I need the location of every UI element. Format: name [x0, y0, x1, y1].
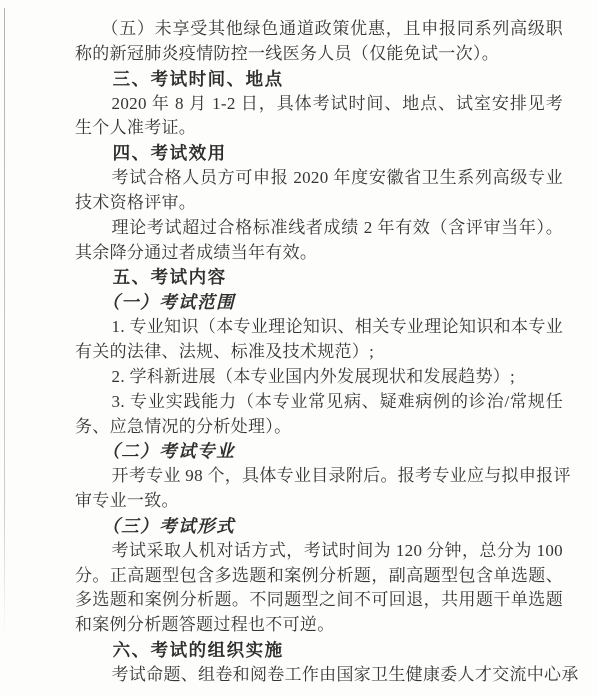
- text-line: （五）未享受其他绿色通道政策优惠，且申报同系列高级职: [75, 17, 563, 42]
- scan-edge-line: [4, 8, 5, 636]
- text-line: 称的新冠肺炎疫情防控一线医务人员（仅能免试一次）。: [75, 42, 563, 67]
- text-line: 理论考试超过合格标准线者成绩 2 年有效（含评审当年）。: [75, 216, 563, 241]
- text-line: 生个人准考证。: [75, 116, 563, 141]
- text-line: 务、应急情况的分析处理）。: [75, 415, 563, 440]
- section-heading: 五、考试内容: [75, 265, 563, 290]
- document-page: （五）未享受其他绿色通道政策优惠，且申报同系列高级职称的新冠肺炎疫情防控一线医务…: [75, 17, 563, 688]
- text-line: 审专业一致。: [75, 489, 563, 514]
- text-line: 1. 专业知识（本专业理论知识、相关专业理论知识和本专业: [75, 315, 563, 340]
- text-line: 分。正高题型包含多选题和案例分析题，副高题型包含单选题、: [75, 564, 563, 589]
- section-heading: 四、考试效用: [75, 141, 563, 166]
- sub-heading: （二）考试专业: [75, 439, 563, 464]
- sub-heading: （一）考试范围: [75, 290, 563, 315]
- text-line: 2. 学科新进展（本专业国内外发展现状和发展趋势）;: [75, 365, 563, 390]
- text-line: 其余降分通过者成绩当年有效。: [75, 241, 563, 266]
- text-line: 2020 年 8 月 1-2 日，具体考试时间、地点、试室安排见考: [75, 92, 563, 117]
- text-line: 和案例分析题答题过程也不可逆。: [75, 613, 563, 638]
- text-line: 考试命题、组卷和阅卷工作由国家卫生健康委人才交流中心承: [75, 663, 563, 688]
- sub-heading: （三）考试形式: [75, 514, 563, 539]
- section-heading: 三、考试时间、地点: [75, 67, 563, 92]
- text-line: 3. 专业实践能力（本专业常见病、疑难病例的诊治/常规任: [75, 390, 563, 415]
- text-line: 考试采取人机对话方式，考试时间为 120 分钟，总分为 100: [75, 539, 563, 564]
- section-heading: 六、考试的组织实施: [75, 638, 563, 663]
- text-line: 考试合格人员方可申报 2020 年度安徽省卫生系列高级专业: [75, 166, 563, 191]
- text-line: 多选题和案例分析题。不同题型之间不可回退，共用题干单选题: [75, 588, 563, 613]
- text-line: 有关的法律、法规、标准及技术规范）;: [75, 340, 563, 365]
- text-line: 技术资格评审。: [75, 191, 563, 216]
- text-line: 开考专业 98 个，具体专业目录附后。报考专业应与拟申报评: [75, 464, 563, 489]
